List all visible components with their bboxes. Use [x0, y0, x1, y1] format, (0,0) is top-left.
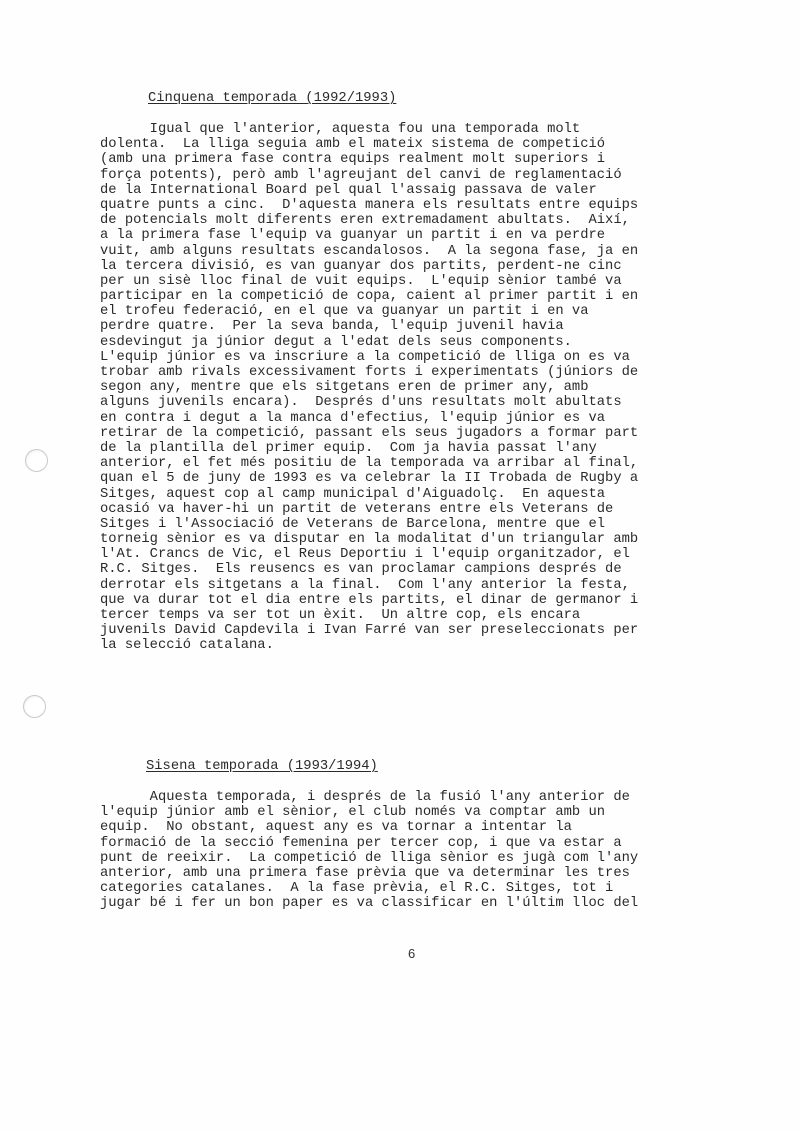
text-line: dolenta. La lliga seguia amb el mateix s…	[100, 137, 740, 152]
text-line: perdre quatre. Per la seva banda, l'equi…	[100, 319, 740, 334]
text-line: la selecció catalana.	[100, 638, 740, 653]
text-line: quatre punts a cinc. D'aquesta manera el…	[100, 198, 740, 213]
text-line: segon any, mentre que els sitgetans eren…	[100, 380, 740, 395]
text-line: l'At. Crancs de Vic, el Reus Deportiu i …	[100, 547, 740, 562]
text-line: ocasió va haver-hi un partit de veterans…	[100, 502, 740, 517]
punch-hole-icon	[25, 449, 48, 472]
text-line: que va durar tot el dia entre els partit…	[100, 593, 740, 608]
text-line: jugar bé i fer un bon paper es va classi…	[100, 896, 740, 911]
text-line: trobar amb rivals excessivament forts i …	[100, 365, 740, 380]
text-line: alguns juvenils encara). Després d'uns r…	[100, 395, 740, 410]
page-number: 6	[408, 946, 415, 961]
text-line: per un sisè lloc final de vuit equips. L…	[100, 274, 740, 289]
text-line: el trofeu federació, en el que va guanya…	[100, 304, 740, 319]
text-line: (amb una primera fase contra equips real…	[100, 152, 740, 167]
text-line: l'equip júnior amb el sènior, el club no…	[100, 805, 740, 820]
text-line: anterior, amb una primera fase prèvia qu…	[100, 866, 740, 881]
text-line: juvenils David Capdevila i Ivan Farré va…	[100, 623, 740, 638]
text-line: Sitges, aquest cop al camp municipal d'A…	[100, 487, 740, 502]
text-line: retirar de la competició, passant els se…	[100, 426, 740, 441]
text-line: vuit, amb alguns resultats escandalosos.…	[100, 244, 740, 259]
text-line: de la International Board pel qual l'ass…	[100, 183, 740, 198]
text-line: esdevingut ja júnior degut a l'edat dels…	[100, 335, 740, 350]
section-paragraph: Aquesta temporada, i després de la fusió…	[100, 790, 740, 912]
text-line: a la primera fase l'equip va guanyar un …	[100, 228, 740, 243]
text-line: punt de reeixir. La competició de lliga …	[100, 851, 740, 866]
punch-hole-icon	[23, 695, 46, 718]
text-line: en contra i degut a la manca d'efectius,…	[100, 411, 740, 426]
text-line: anterior, el fet més positiu de la tempo…	[100, 456, 740, 471]
text-line: tercer temps va ser tot un èxit. Un altr…	[100, 608, 740, 623]
text-line: la tercera divisió, es van guanyar dos p…	[100, 259, 740, 274]
text-line: Sitges i l'Associació de Veterans de Bar…	[100, 517, 740, 532]
text-line: quan el 5 de juny de 1993 es va celebrar…	[100, 471, 740, 486]
text-line: equip. No obstant, aquest any es va torn…	[100, 820, 740, 835]
text-line: torneig sènior es va disputar en la moda…	[100, 532, 740, 547]
text-line: participar en la competició de copa, cai…	[100, 289, 740, 304]
text-line: categories catalanes. A la fase prèvia, …	[100, 881, 740, 896]
section-heading: Sisena temporada (1993/1994)	[146, 759, 378, 774]
section-paragraph: Igual que l'anterior, aquesta fou una te…	[100, 122, 740, 654]
text-line: Aquesta temporada, i després de la fusió…	[100, 790, 740, 805]
section-heading: Cinquena temporada (1992/1993)	[148, 91, 396, 106]
text-line: de la plantilla del primer equip. Com ja…	[100, 441, 740, 456]
text-line: formació de la secció femenina per terce…	[100, 836, 740, 851]
text-line: força potents), però amb l'agreujant del…	[100, 168, 740, 183]
text-line: Igual que l'anterior, aquesta fou una te…	[100, 122, 740, 137]
text-line: derrotar els sitgetans a la final. Com l…	[100, 578, 740, 593]
text-line: L'equip júnior es va inscriure a la comp…	[100, 350, 740, 365]
text-line: R.C. Sitges. Els reusencs es van proclam…	[100, 562, 740, 577]
document-page: Cinquena temporada (1992/1993) Igual que…	[0, 0, 800, 1132]
text-line: de potencials molt diferents eren extrem…	[100, 213, 740, 228]
